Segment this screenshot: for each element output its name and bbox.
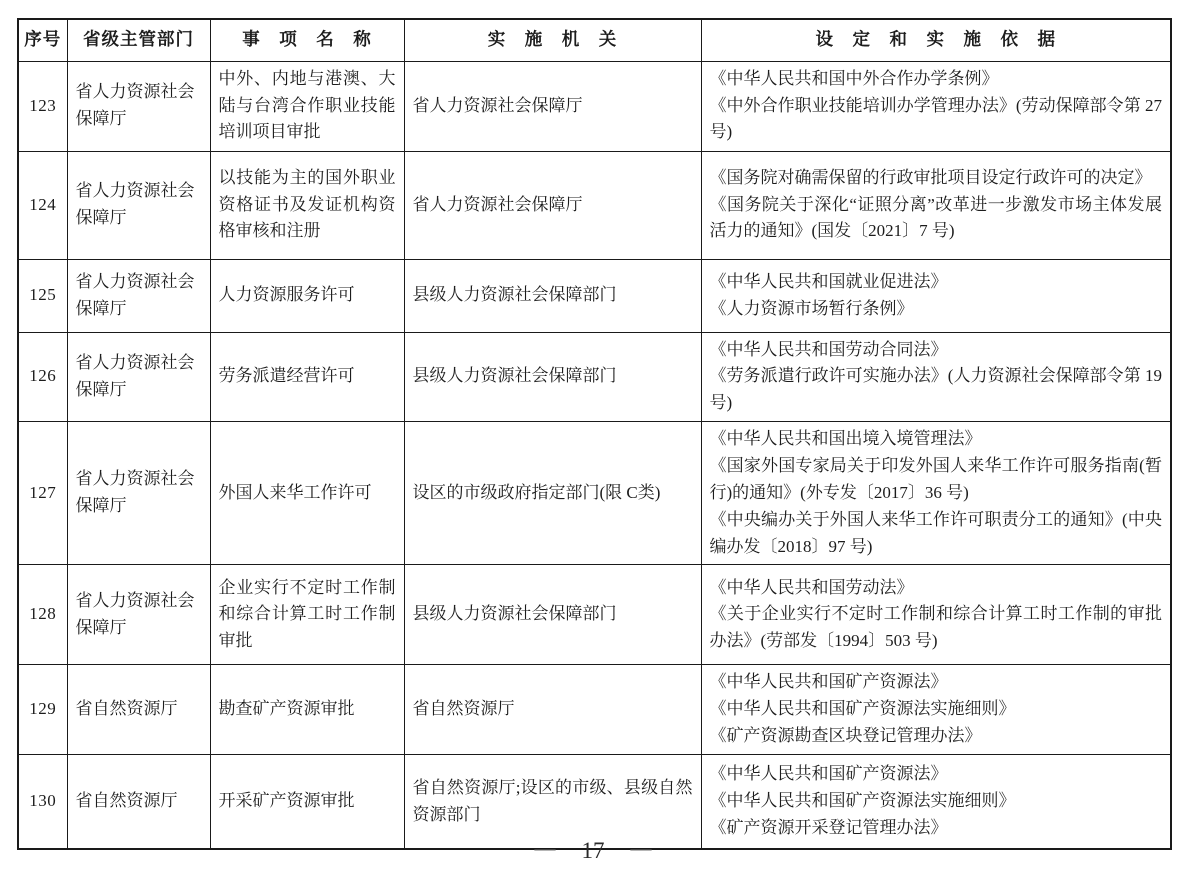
basis-line: 《劳务派遣行政许可实施办法》(人力资源社会保障部令第 19 号) (710, 363, 1163, 417)
header-serial-number: 序号 (18, 19, 67, 61)
cell-provincial-department: 省人力资源社会保障厅 (67, 61, 210, 151)
basis-line: 《中华人民共和国劳动法》 (710, 575, 1163, 602)
basis-line: 《中华人民共和国出境入境管理法》 (710, 426, 1163, 453)
footer-left-dash: — (535, 836, 556, 861)
cell-item-name: 开采矿产资源审批 (210, 754, 404, 849)
cell-provincial-department: 省人力资源社会保障厅 (67, 259, 210, 332)
table-row: 124 省人力资源社会保障厅 以技能为主的国外职业资格证书及发证机构资格审核和注… (18, 151, 1171, 259)
table-body: 123 省人力资源社会保障厅 中外、内地与港澳、大陆与台湾合作职业技能培训项目审… (18, 61, 1171, 849)
cell-serial-number: 126 (18, 332, 67, 422)
table-header-row: 序号 省级主管部门 事 项 名 称 实 施 机 关 设 定 和 实 施 依 据 (18, 19, 1171, 61)
document-page: 序号 省级主管部门 事 项 名 称 实 施 机 关 设 定 和 实 施 依 据 … (0, 0, 1186, 883)
footer-right-dash: — (631, 836, 652, 861)
cell-implementing-agency: 设区的市级政府指定部门(限 C类) (404, 422, 701, 565)
basis-line: 《中华人民共和国劳动合同法》 (710, 337, 1163, 364)
cell-serial-number: 125 (18, 259, 67, 332)
cell-implementing-agency: 县级人力资源社会保障部门 (404, 259, 701, 332)
table-row: 127 省人力资源社会保障厅 外国人来华工作许可 设区的市级政府指定部门(限 C… (18, 422, 1171, 565)
cell-provincial-department: 省自然资源厅 (67, 665, 210, 755)
basis-line: 《关于企业实行不定时工作制和综合计算工时工作制的审批办法》(劳部发〔1994〕5… (710, 601, 1163, 655)
cell-basis: 《中华人民共和国中外合作办学条例》《中外合作职业技能培训办学管理办法》(劳动保障… (701, 61, 1171, 151)
cell-basis: 《中华人民共和国劳动法》《关于企业实行不定时工作制和综合计算工时工作制的审批办法… (701, 565, 1171, 665)
table-row: 126 省人力资源社会保障厅 劳务派遣经营许可 县级人力资源社会保障部门 《中华… (18, 332, 1171, 422)
basis-line: 《中华人民共和国矿产资源法》 (710, 761, 1163, 788)
cell-item-name: 勘查矿产资源审批 (210, 665, 404, 755)
cell-item-name: 企业实行不定时工作制和综合计算工时工作制审批 (210, 565, 404, 665)
basis-line: 《人力资源市场暂行条例》 (710, 296, 1163, 323)
page-number: 17 (582, 838, 605, 863)
table-row: 125 省人力资源社会保障厅 人力资源服务许可 县级人力资源社会保障部门 《中华… (18, 259, 1171, 332)
cell-implementing-agency: 县级人力资源社会保障部门 (404, 565, 701, 665)
cell-implementing-agency: 省人力资源社会保障厅 (404, 61, 701, 151)
basis-line: 《中外合作职业技能培训办学管理办法》(劳动保障部令第 27 号) (710, 93, 1163, 147)
cell-serial-number: 130 (18, 754, 67, 849)
header-implementing-agency: 实 施 机 关 (404, 19, 701, 61)
basis-line: 《中央编办关于外国人来华工作许可职责分工的通知》(中央编办发〔2018〕97 号… (710, 507, 1163, 561)
cell-serial-number: 129 (18, 665, 67, 755)
cell-serial-number: 127 (18, 422, 67, 565)
basis-line: 《中华人民共和国矿产资源法》 (710, 669, 1163, 696)
basis-line: 《中华人民共和国中外合作办学条例》 (710, 66, 1163, 93)
cell-item-name: 外国人来华工作许可 (210, 422, 404, 565)
cell-basis: 《中华人民共和国就业促进法》《人力资源市场暂行条例》 (701, 259, 1171, 332)
cell-basis: 《中华人民共和国出境入境管理法》《国家外国专家局关于印发外国人来华工作许可服务指… (701, 422, 1171, 565)
cell-provincial-department: 省自然资源厅 (67, 754, 210, 849)
table-row: 123 省人力资源社会保障厅 中外、内地与港澳、大陆与台湾合作职业技能培训项目审… (18, 61, 1171, 151)
cell-item-name: 人力资源服务许可 (210, 259, 404, 332)
cell-item-name: 中外、内地与港澳、大陆与台湾合作职业技能培训项目审批 (210, 61, 404, 151)
header-provincial-department: 省级主管部门 (67, 19, 210, 61)
cell-basis: 《中华人民共和国矿产资源法》《中华人民共和国矿产资源法实施细则》《矿产资源勘查区… (701, 665, 1171, 755)
basis-line: 《中华人民共和国矿产资源法实施细则》 (710, 788, 1163, 815)
cell-implementing-agency: 县级人力资源社会保障部门 (404, 332, 701, 422)
cell-basis: 《中华人民共和国矿产资源法》《中华人民共和国矿产资源法实施细则》《矿产资源开采登… (701, 754, 1171, 849)
cell-implementing-agency: 省自然资源厅 (404, 665, 701, 755)
cell-basis: 《中华人民共和国劳动合同法》《劳务派遣行政许可实施办法》(人力资源社会保障部令第… (701, 332, 1171, 422)
cell-serial-number: 123 (18, 61, 67, 151)
cell-provincial-department: 省人力资源社会保障厅 (67, 151, 210, 259)
basis-line: 《国务院对确需保留的行政审批项目设定行政许可的决定》 (710, 165, 1163, 192)
cell-item-name: 劳务派遣经营许可 (210, 332, 404, 422)
table-row: 130 省自然资源厅 开采矿产资源审批 省自然资源厅;设区的市级、县级自然资源部… (18, 754, 1171, 849)
cell-implementing-agency: 省人力资源社会保障厅 (404, 151, 701, 259)
cell-provincial-department: 省人力资源社会保障厅 (67, 565, 210, 665)
header-item-name: 事 项 名 称 (210, 19, 404, 61)
basis-line: 《国家外国专家局关于印发外国人来华工作许可服务指南(暂行)的通知》(外专发〔20… (710, 453, 1163, 507)
cell-serial-number: 128 (18, 565, 67, 665)
cell-serial-number: 124 (18, 151, 67, 259)
cell-provincial-department: 省人力资源社会保障厅 (67, 422, 210, 565)
page-footer: —17— (0, 838, 1186, 864)
basis-line: 《国务院关于深化“证照分离”改革进一步激发市场主体发展活力的通知》(国发〔202… (710, 192, 1163, 246)
header-basis: 设 定 和 实 施 依 据 (701, 19, 1171, 61)
cell-provincial-department: 省人力资源社会保障厅 (67, 332, 210, 422)
basis-line: 《中华人民共和国就业促进法》 (710, 269, 1163, 296)
approval-items-table: 序号 省级主管部门 事 项 名 称 实 施 机 关 设 定 和 实 施 依 据 … (17, 18, 1172, 850)
basis-line: 《中华人民共和国矿产资源法实施细则》 (710, 696, 1163, 723)
basis-line: 《矿产资源勘查区块登记管理办法》 (710, 723, 1163, 750)
cell-basis: 《国务院对确需保留的行政审批项目设定行政许可的决定》《国务院关于深化“证照分离”… (701, 151, 1171, 259)
table-row: 129 省自然资源厅 勘查矿产资源审批 省自然资源厅 《中华人民共和国矿产资源法… (18, 665, 1171, 755)
table-row: 128 省人力资源社会保障厅 企业实行不定时工作制和综合计算工时工作制审批 县级… (18, 565, 1171, 665)
cell-item-name: 以技能为主的国外职业资格证书及发证机构资格审核和注册 (210, 151, 404, 259)
